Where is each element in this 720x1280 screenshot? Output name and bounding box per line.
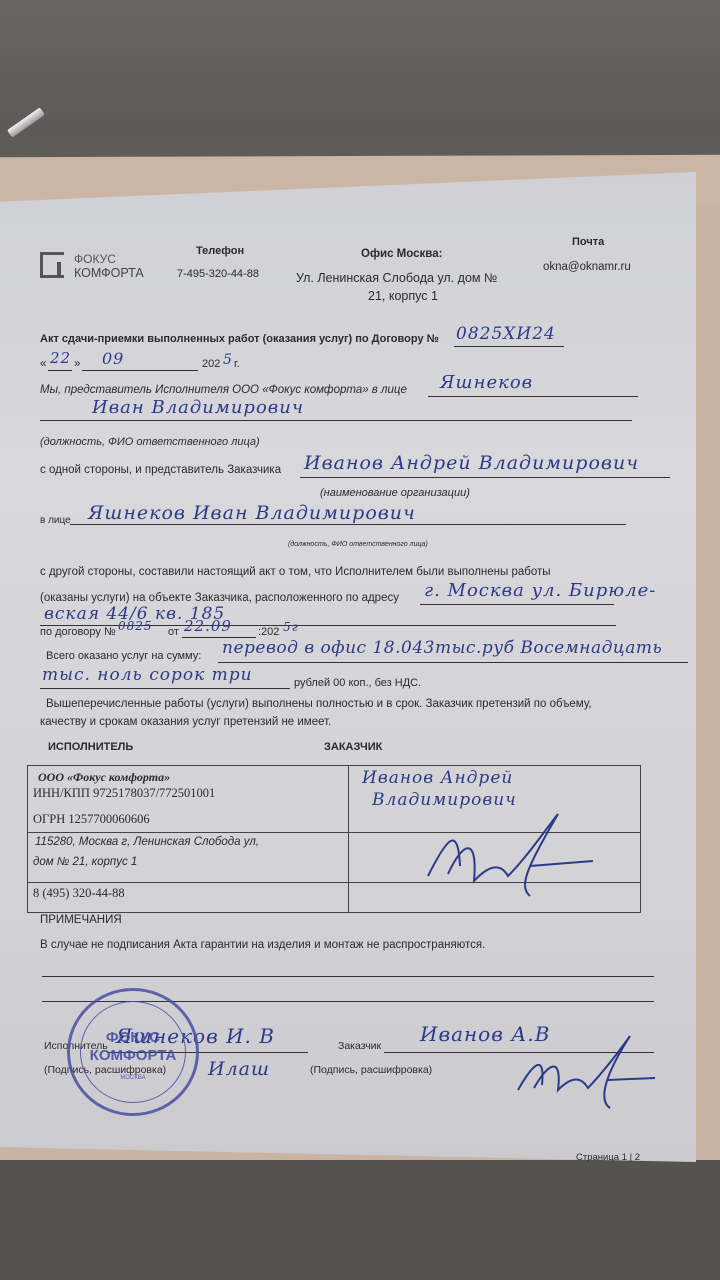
notes-header: ПРИМЕЧАНИЯ — [40, 914, 122, 926]
executor-signature: Илаш — [208, 1058, 270, 1080]
date-day-handwritten: 22 — [50, 349, 71, 367]
executor-caption: (должность, ФИО ответственного лица) — [40, 436, 260, 448]
contract-number-line — [454, 346, 564, 347]
date-month-line — [82, 370, 198, 371]
stamp-line-2: КОМФОРТА — [70, 1047, 196, 1064]
executor-phone: 8 (495) 320-44-88 — [33, 886, 125, 901]
customer-signature-table — [418, 806, 598, 906]
customer-signature — [510, 1030, 660, 1120]
address-handwritten-1: г. Москва ул. Бирюле- — [424, 580, 656, 601]
customer-intro: с одной стороны, и представитель Заказчи… — [40, 464, 281, 476]
stamp-line-1: ФОКУС — [70, 1029, 196, 1046]
customer-rep-caption: (должность, ФИО ответственного лица) — [288, 541, 428, 548]
executor-rep-line-1 — [428, 396, 638, 397]
address-line-1 — [420, 604, 614, 605]
customer-name-line — [300, 477, 670, 478]
contract-ref-year-handwritten: 5г — [283, 620, 299, 634]
date-year-suffix: г. — [234, 358, 240, 370]
date-close-quote: » — [74, 358, 80, 370]
contract-ref-from: от — [168, 626, 179, 638]
floor-background — [0, 1160, 720, 1280]
company-stamp: ФОКУС КОМФОРТА МОСКВА — [67, 988, 199, 1116]
sum-line-2 — [40, 688, 290, 689]
notes-line-1 — [42, 976, 654, 977]
customer-org-caption: (наименование организации) — [320, 487, 470, 499]
executor-rep-handwritten-1: Яшнеков — [440, 372, 533, 393]
executor-header: ИСПОЛНИТЕЛЬ — [48, 741, 133, 753]
sum-suffix: рублей 00 коп., без НДС. — [294, 677, 421, 689]
date-month-handwritten: 09 — [102, 349, 124, 368]
logo-text-1: ФОКУС — [74, 252, 116, 266]
body-line-1: с другой стороны, составили настоящий ак… — [40, 566, 551, 578]
body-line-2: (оказаны услуги) на объекте Заказчика, р… — [40, 592, 399, 604]
contract-number-handwritten: 0825ХИ24 — [456, 324, 556, 344]
page-number: Страница 1 | 2 — [576, 1152, 640, 1163]
conclusion-2: качеству и срокам оказания услуг претенз… — [40, 716, 331, 728]
customer-sign-caption: (Подпись, расшифровка) — [310, 1064, 432, 1076]
customer-name-handwritten: Иванов Андрей Владимирович — [304, 452, 639, 474]
notes-text: В случае не подписания Акта гарантии на … — [40, 939, 485, 951]
sum-handwritten-1: перевод в офис 18.043тыс.руб Восемнадцат… — [222, 638, 662, 658]
date-year: 202 — [202, 358, 220, 370]
customer-sign-label: Заказчик — [338, 1040, 381, 1052]
contract-ref-handwritten: 0825 — [118, 619, 153, 633]
sum-line-1 — [218, 662, 688, 663]
date-year-handwritten: 5 — [223, 352, 233, 368]
stamp-city: МОСКВА — [70, 1075, 196, 1081]
act-title: Акт сдачи-приемки выполненных работ (ока… — [40, 333, 439, 345]
logo-text-2: КОМФОРТА — [74, 266, 144, 280]
executor-rep-line-2 — [40, 420, 632, 421]
contract-ref-date-handwritten: 22.09 — [184, 617, 232, 635]
conclusion-1: Вышеперечисленные работы (услуги) выполн… — [46, 698, 592, 710]
executor-company: ООО «Фокус комфорта» — [38, 770, 170, 785]
phone-value: 7-495-320-44-88 — [177, 268, 259, 280]
in-person-label: в лице — [40, 515, 71, 526]
intro-text: Мы, представитель Исполнителя ООО «Фокус… — [40, 384, 407, 396]
customer-rep-line — [70, 524, 626, 525]
office-address-1: Ул. Ленинская Слобода ул. дом № — [296, 271, 497, 285]
date-day-line — [48, 370, 72, 371]
table-divider — [348, 766, 349, 912]
office-label: Офис Москва: — [361, 248, 442, 260]
sum-label: Всего оказано услуг на сумму: — [46, 650, 201, 662]
executor-address-1: 115280, Москва г, Ленинская Слобода ул, — [35, 836, 259, 848]
office-address-2: 21, корпус 1 — [368, 289, 438, 303]
executor-ogrn: ОГРН 1257700060606 — [33, 812, 150, 827]
logo-bar — [57, 262, 61, 276]
mail-label: Почта — [572, 236, 604, 248]
contract-ref-year: :202 — [258, 626, 279, 638]
date-open-quote: « — [40, 358, 46, 370]
phone-label: Телефон — [196, 245, 244, 257]
customer-name-table-1: Иванов Андрей — [362, 768, 513, 788]
mail-value: okna@oknamr.ru — [543, 261, 631, 273]
executor-rep-handwritten-2: Иван Владимирович — [92, 397, 304, 418]
customer-rep-handwritten: Яшнеков Иван Владимирович — [88, 502, 416, 524]
customer-header: ЗАКАЗЧИК — [324, 741, 382, 753]
sum-handwritten-2: тыс. ноль сорок три — [42, 665, 253, 685]
executor-inn: ИНН/КПП 9725178037/772501001 — [33, 786, 215, 801]
parties-table: ООО «Фокус комфорта» ИНН/КПП 9725178037/… — [27, 765, 641, 913]
contract-ref-label: по договору № — [40, 626, 116, 638]
executor-address-2: дом № 21, корпус 1 — [33, 856, 137, 868]
